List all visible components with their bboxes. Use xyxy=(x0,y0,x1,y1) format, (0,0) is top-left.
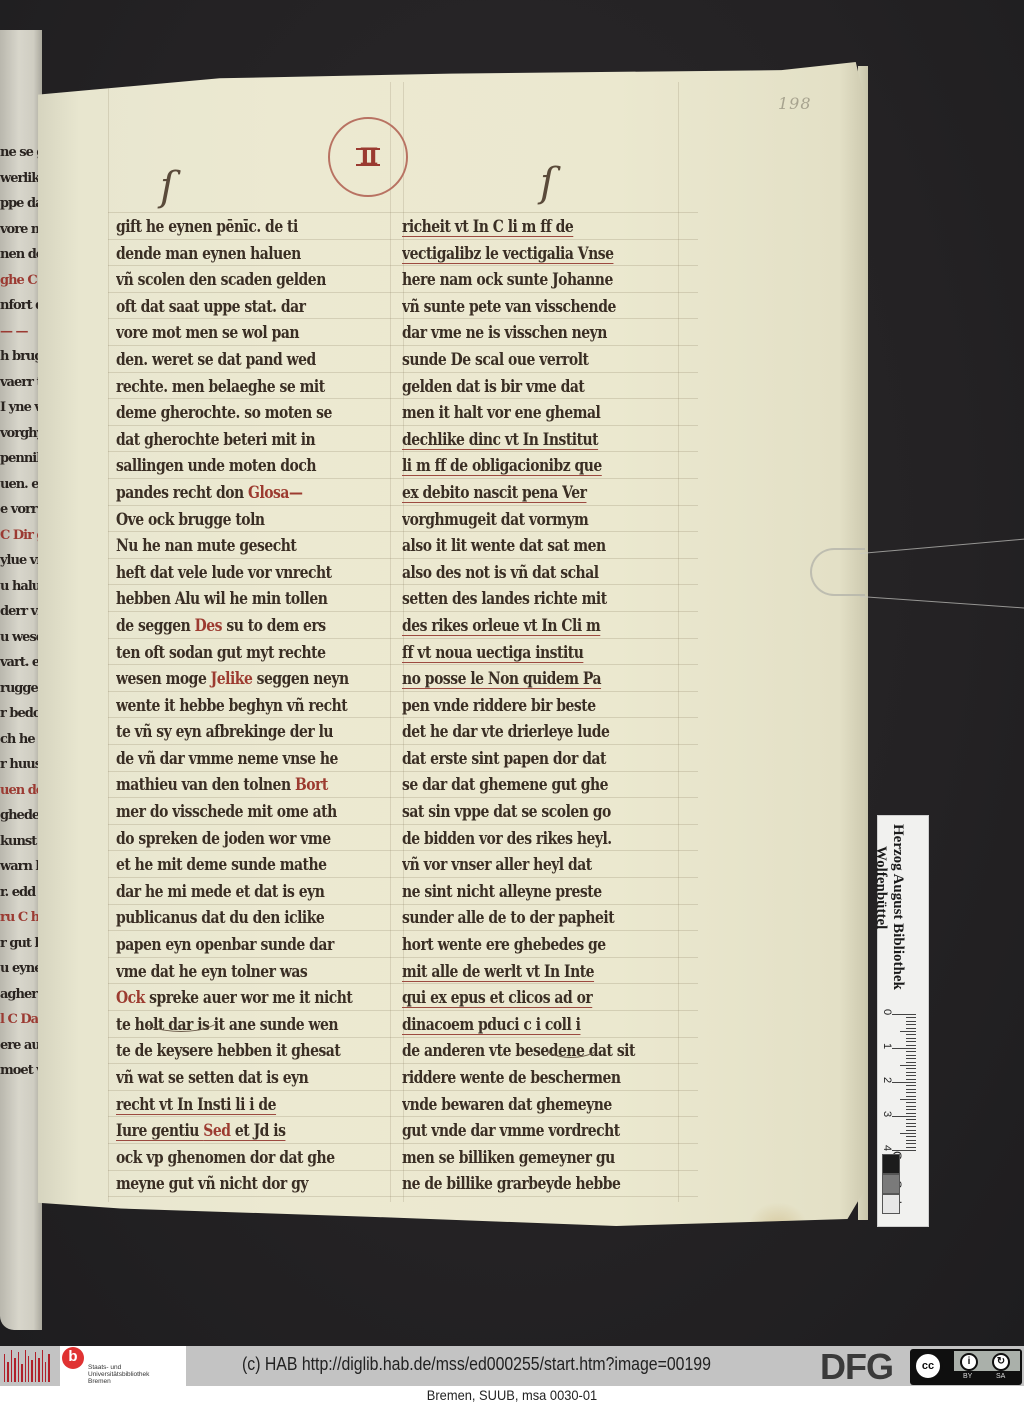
manuscript-line: de bidden vor des rikes heyl. xyxy=(402,826,669,853)
scale-tick xyxy=(906,1075,916,1076)
manuscript-line: do spreken de joden wor vme xyxy=(116,826,383,853)
scale-tick-label: 1 xyxy=(881,1039,893,1053)
facing-page-line: C Dir gh xyxy=(0,528,42,544)
scale-tick xyxy=(906,1024,916,1025)
manuscript-line: ne sint nicht alleyne preste xyxy=(402,879,669,906)
manuscript-line: Iure gentiu Sed et Jd is xyxy=(116,1118,383,1145)
shelfmark-caption: Bremen, SUUB, msa 0030-01 xyxy=(41,1387,983,1403)
scale-tick-label: 0 xyxy=(881,1005,893,1019)
scale-tick xyxy=(906,1126,916,1127)
facing-page-line: u eynen xyxy=(0,961,42,977)
scale-tick xyxy=(906,1136,916,1137)
scale-tick xyxy=(900,1099,916,1100)
bottom-flourish-right xyxy=(540,1026,602,1058)
manuscript-line: publicanus dat du den iclike xyxy=(116,905,383,932)
barcode-bar xyxy=(48,1354,49,1382)
barcode-bar xyxy=(4,1354,5,1382)
share-alike-icon: ↻ xyxy=(992,1353,1010,1371)
manuscript-line: setten des landes richte mit xyxy=(402,586,669,613)
manuscript-line: riddere wente de beschermen xyxy=(402,1065,669,1092)
institution-line-1: Staats- und xyxy=(88,1364,149,1371)
barcode-bar xyxy=(31,1360,32,1382)
rubric: Des xyxy=(195,616,222,636)
suub-institution-name: Staats- und Universitätsbibliothek Breme… xyxy=(88,1364,149,1385)
barcode-bar xyxy=(11,1350,12,1382)
manuscript-line: rechte. men belaeghe se mit xyxy=(116,374,383,401)
manuscript-line: gut vnde dar vmme vordrecht xyxy=(402,1118,669,1145)
scale-tick xyxy=(906,1143,916,1144)
ruling-line xyxy=(398,212,698,213)
facing-page-line: ylue vnde xyxy=(0,553,42,569)
manuscript-line: vñ wat se setten dat is eyn xyxy=(116,1065,383,1092)
barcode-bar xyxy=(21,1364,22,1382)
manuscript-line: gift he eynen pēnīc. de ti xyxy=(116,214,383,241)
manuscript-line: hebben Alu wil he min tollen xyxy=(116,586,383,613)
scale-tick xyxy=(906,1051,916,1052)
manuscript-line: ff vt noua uectiga institu xyxy=(402,640,669,667)
manuscript-line: vectigalibz le vectigalia Vnse xyxy=(402,241,669,268)
manuscript-line: vñ scolen den scaden gelden xyxy=(116,267,383,294)
manuscript-line: mer do visschede mit ome ath xyxy=(116,799,383,826)
scale-tick-label: 3 xyxy=(881,1107,893,1121)
manuscript-line: vorghmugeit dat vormym xyxy=(402,507,669,534)
manuscript-line: dat gherochte beteri mit in xyxy=(116,427,383,454)
manuscript-line: sat sin vppe dat se scolen go xyxy=(402,799,669,826)
manuscript-line: dende man eynen haluen xyxy=(116,241,383,268)
facing-page-line: moet vnm xyxy=(0,1063,42,1079)
scale-title: Herzog August Bibliothek Wolfenbüttel xyxy=(866,824,906,1020)
gray-scale-swatch xyxy=(882,1194,900,1214)
manuscript-line: richeit vt In C li m ff de xyxy=(402,214,669,241)
ruling-margin xyxy=(390,82,391,1202)
manuscript-line: mit alle de werlt vt In Inte xyxy=(402,959,669,986)
scale-tick xyxy=(906,1102,916,1103)
manuscript-line: vnde bewaren dat ghemeyne xyxy=(402,1092,669,1119)
scale-tick xyxy=(892,1116,916,1117)
manuscript-line: papen eyn openbar sunde dar xyxy=(116,932,383,959)
manuscript-line: ock vp ghenomen dor dat ghe xyxy=(116,1145,383,1172)
facing-page-line: u wesen xyxy=(0,630,42,646)
ruling-margin xyxy=(108,82,109,1202)
facing-page-line: uen der C xyxy=(0,783,42,799)
barcode-bar xyxy=(25,1350,26,1382)
scale-tick xyxy=(906,1106,916,1107)
catchword-flourish-right-top: ſ xyxy=(540,160,555,206)
facing-page-line: derr vñ xyxy=(0,604,42,620)
scale-tick-label: 4 xyxy=(881,1141,893,1155)
manuscript-line: meyne gut vñ nicht dor gy xyxy=(116,1171,383,1198)
scale-tick xyxy=(906,1045,916,1046)
institution-line-2: Universitätsbibliothek xyxy=(88,1371,149,1378)
manuscript-line: also des not is vñ dat schal xyxy=(402,560,669,587)
manuscript-line: here nam ock sunte Johanne xyxy=(402,267,669,294)
scale-tick xyxy=(906,1140,916,1141)
bottom-flourish-left xyxy=(140,1000,222,1032)
text-column-right: richeit vt In C li m ff devectigalibz le… xyxy=(402,214,670,1198)
facing-page-line: — — xyxy=(0,324,42,340)
suub-badge-icon: b xyxy=(62,1347,84,1369)
manuscript-line: det he dar vte drierleye lude xyxy=(402,719,669,746)
facing-page-line: agher gh xyxy=(0,987,42,1003)
page-clip xyxy=(810,548,865,596)
facing-page-line: ghe C xyxy=(0,273,42,289)
scale-tick xyxy=(906,1089,916,1090)
facing-page-line: ppe dar se xyxy=(0,196,42,212)
manuscript-line: men it halt vor ene ghemal xyxy=(402,400,669,427)
footer-banner: b Staats- und Universitätsbibliothek Bre… xyxy=(0,1346,1024,1386)
barcode-bar xyxy=(38,1358,39,1382)
rubric: Sed xyxy=(203,1121,230,1141)
manuscript-line: dechlike dinc vt In Institut xyxy=(402,427,669,454)
scale-tick xyxy=(892,1014,916,1015)
manuscript-line: te vñ sy eyn afbrekinge der lu xyxy=(116,719,383,746)
manuscript-line: heft dat vele lude vor vnrecht xyxy=(116,560,383,587)
color-scale-ruler: Herzog August Bibliothek Wolfenbüttel Gr… xyxy=(877,815,929,1227)
institution-line-3: Bremen xyxy=(88,1378,149,1385)
facing-page-line: ch he ghe xyxy=(0,732,42,748)
scale-tick xyxy=(900,1031,916,1032)
scale-tick xyxy=(906,1119,916,1120)
gray-scale-swatch xyxy=(882,1174,900,1194)
quire-mark-numeral: II xyxy=(356,148,381,166)
folio-number: 198 xyxy=(778,94,812,113)
manuscript-line: also it lit wente dat sat men xyxy=(402,533,669,560)
manuscript-line: sunde De scal oue verrolt xyxy=(402,347,669,374)
facing-page-line: ru C hir xyxy=(0,910,42,926)
manuscript-line: li m ff de obligacionibz que xyxy=(402,453,669,480)
manuscript-line: Ove ock brugge toln xyxy=(116,507,383,534)
dfg-logo: DFG xyxy=(820,1348,893,1386)
manuscript-line: ten oft sodan gut myt rechte xyxy=(116,640,383,667)
facing-page-line: l C Dar xyxy=(0,1012,42,1028)
scale-tick-label: 2 xyxy=(881,1073,893,1087)
scale-tick xyxy=(906,1113,916,1114)
quire-mark: II xyxy=(328,117,408,197)
cc-license-badge[interactable]: cc i ↻ BY SA xyxy=(910,1349,1022,1385)
manuscript-line: gelden dat is bir vme dat xyxy=(402,374,669,401)
scale-tick xyxy=(906,1068,916,1069)
scale-tick xyxy=(906,1058,916,1059)
scale-tick xyxy=(906,1072,916,1073)
facing-page-line: r. edd xyxy=(0,885,42,901)
barcode-bar xyxy=(14,1358,15,1382)
scale-tick xyxy=(906,1079,916,1080)
facing-page-line: I yne ven xyxy=(0,400,42,416)
facing-page: ne se ghwerlike mppe dar sevore medenen … xyxy=(0,30,42,1330)
facing-page-line: vorghyng xyxy=(0,426,42,442)
manuscript-line: de vñ dar vmme neme vnse he xyxy=(116,746,383,773)
scale-tick xyxy=(906,1028,916,1029)
gray-scale-swatch xyxy=(882,1154,900,1174)
manuscript-line: wesen moge Jelike seggen neyn xyxy=(116,666,383,693)
manuscript-line: no posse le Non quidem Pa xyxy=(402,666,669,693)
manuscript-line: men se billiken gemeyner gu xyxy=(402,1145,669,1172)
ruling-margin xyxy=(678,82,679,1202)
manuscript-line: des rikes orleue vt In Cli m xyxy=(402,613,669,640)
facing-page-line: werlike m xyxy=(0,171,42,187)
facing-page-line: r bedorf xyxy=(0,706,42,722)
facing-page-line: r huus xyxy=(0,757,42,773)
scale-tick xyxy=(906,1147,916,1148)
scale-tick xyxy=(892,1082,916,1083)
facing-page-line: ghede gut xyxy=(0,808,42,824)
attribution-icon: i xyxy=(960,1353,978,1371)
barcode-bar xyxy=(7,1362,8,1382)
manuscript-line: pen vnde riddere bir beste xyxy=(402,693,669,720)
manuscript-line: vme dat he eyn tolner was xyxy=(116,959,383,986)
scale-tick xyxy=(892,1150,916,1151)
manuscript-line: ex debito nascit pena Ver xyxy=(402,480,669,507)
manuscript-line: recht vt In Insti li i de xyxy=(116,1092,383,1119)
facing-page-line: nfort dat xyxy=(0,298,42,314)
rubric: Ock xyxy=(116,988,145,1008)
copyright-link[interactable]: (c) HAB http://diglib.hab.de/mss/ed00025… xyxy=(242,1354,711,1375)
manuscript-line: Nu he nan mute gesecht xyxy=(116,533,383,560)
manuscript-line: dar vme ne is visschen neyn xyxy=(402,320,669,347)
rubric: Bort xyxy=(295,775,328,795)
rubric: Glosa— xyxy=(248,483,302,503)
scale-tick xyxy=(892,1048,916,1049)
scale-tick xyxy=(906,1096,916,1097)
facing-page-line: vaerr toln xyxy=(0,375,42,391)
facing-page-line: warn bru xyxy=(0,859,42,875)
scale-tick xyxy=(900,1133,916,1134)
manuscript-line: se dar dat ghemene gut ghe xyxy=(402,772,669,799)
facing-page-line: vore mede xyxy=(0,222,42,238)
manuscript-line: de anderen vte besedene dat sit xyxy=(402,1038,669,1065)
facing-page-line: u haluen xyxy=(0,579,42,595)
manuscript-line: dat erste sint papen dor dat xyxy=(402,746,669,773)
scale-tick xyxy=(900,1065,916,1066)
scale-tick xyxy=(906,1092,916,1093)
manuscript-line: hort wente ere ghebedes ge xyxy=(402,932,669,959)
barcode-bar xyxy=(42,1350,43,1382)
scale-tick xyxy=(906,1034,916,1035)
manuscript-line: deme gherochte. so moten se xyxy=(116,400,383,427)
scale-tick xyxy=(906,1021,916,1022)
facing-page-line: rugge edd xyxy=(0,681,42,697)
manuscript-line: ne de billike grarbeyde hebbe xyxy=(402,1171,669,1198)
facing-page-line: r gut he xyxy=(0,936,42,952)
manuscript-line: oft dat saat uppe stat. dar xyxy=(116,294,383,321)
facing-page-line: ne se gh xyxy=(0,145,42,161)
manuscript-line: de seggen Des su to dem ers xyxy=(116,613,383,640)
facing-page-line: e vorr xyxy=(0,502,42,518)
cc-icon: cc xyxy=(913,1351,943,1381)
scale-tick xyxy=(906,1038,916,1039)
scale-tick xyxy=(906,1017,916,1018)
manuscript-line: sunder alle de to der papheit xyxy=(402,905,669,932)
manuscript-line: et he mit deme sunde mathe xyxy=(116,852,383,879)
facing-page-line: pennik xyxy=(0,451,42,467)
barcode-bar xyxy=(45,1362,46,1382)
facing-page-line: h brugge xyxy=(0,349,42,365)
manuscript-line: dar he mi mede et dat is eyn xyxy=(116,879,383,906)
manuscript-line: dinacoem pduci c i coll i xyxy=(402,1012,669,1039)
facing-page-line: uen. eyn xyxy=(0,477,42,493)
scale-tick xyxy=(906,1041,916,1042)
cc-sa-label: SA xyxy=(996,1373,1005,1380)
scale-title-line2: Wolfenbüttel xyxy=(872,824,889,1020)
manuscript-line: vñ vor vnser aller heyl dat xyxy=(402,852,669,879)
text-column-left: gift he eynen pēnīc. de tidende man eyne… xyxy=(116,214,384,1198)
scale-tick xyxy=(906,1062,916,1063)
manuscript-line: qui ex epus et clicos ad or xyxy=(402,985,669,1012)
scale-tick xyxy=(906,1123,916,1124)
facing-page-line: vart. edd xyxy=(0,655,42,671)
scale-title-line1: Herzog August Bibliothek xyxy=(889,824,906,1020)
manuscript-line: te de keysere hebben it ghesat xyxy=(116,1038,383,1065)
rubric: Jelike xyxy=(211,669,253,689)
manuscript-line: mathieu van den tolnen Bort xyxy=(116,772,383,799)
barcode-bar xyxy=(18,1352,19,1382)
facing-page-line: nen dor h xyxy=(0,247,42,263)
scale-tick xyxy=(906,1085,916,1086)
ruling-line xyxy=(108,212,398,213)
scale-tick xyxy=(906,1130,916,1131)
manuscript-line: pandes recht don Glosa— xyxy=(116,480,383,507)
suub-barcode-logo xyxy=(4,1350,50,1382)
facing-page-line: ere auer xyxy=(0,1038,42,1054)
barcode-bar xyxy=(35,1352,36,1382)
manuscript-line: wente it hebbe beghyn vñ recht xyxy=(116,693,383,720)
barcode-bar xyxy=(28,1356,29,1382)
facing-page-line: kunst dr xyxy=(0,834,42,850)
manuscript-line: den. weret se dat pand wed xyxy=(116,347,383,374)
catchword-flourish-left-top: ſ xyxy=(160,164,175,210)
manuscript-line: vore mot men se wol pan xyxy=(116,320,383,347)
scale-tick xyxy=(906,1055,916,1056)
cc-by-label: BY xyxy=(963,1373,972,1380)
manuscript-line: vñ sunte pete van visschende xyxy=(402,294,669,321)
scale-tick xyxy=(906,1109,916,1110)
manuscript-line: sallingen unde moten doch xyxy=(116,453,383,480)
